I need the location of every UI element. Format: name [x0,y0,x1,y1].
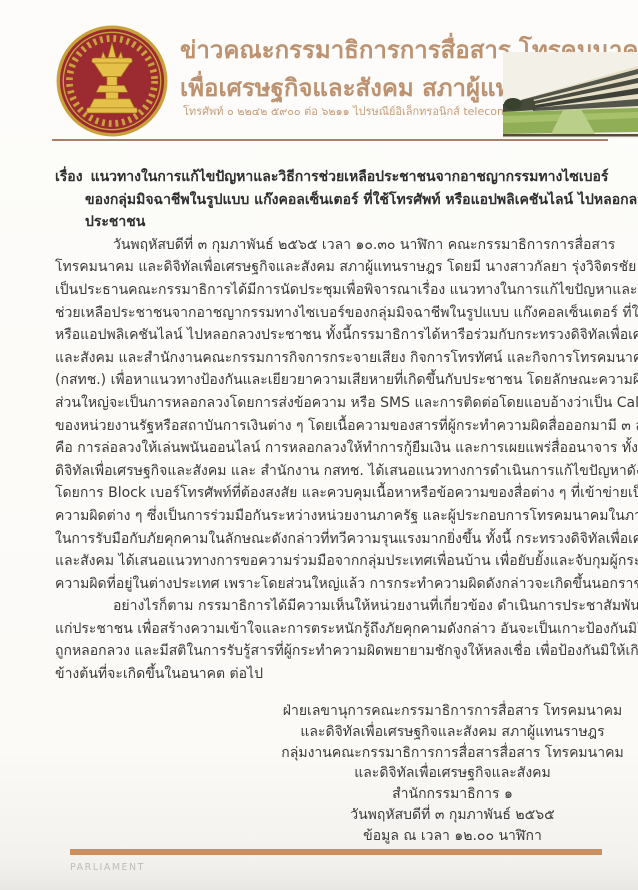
subject-line: ของกลุ่มมิจฉาชีพในรูปแบบ แก๊งคอลเซ็นเตอร… [55,189,600,212]
text-line: และดิจิทัลเพื่อเศรษฐกิจและสังคม สภาผู้แท… [265,722,638,743]
subject-line: เรื่องแนวทางในการแก้ไขปัญหาและวิธีการช่ว… [55,166,600,189]
body-paragraph-1: วันพฤหัสบดีที่ ๓ กุมภาพันธ์ ๒๕๖๕ เวลา ๑๐… [55,234,600,596]
text-line: อย่างไรก็ตาม กรรมาธิการได้มีความเห็นให้ห… [55,595,600,618]
body-paragraph-2: อย่างไรก็ตาม กรรมาธิการได้มีความเห็นให้ห… [55,595,600,685]
document-body: เรื่องแนวทางในการแก้ไขปัญหาและวิธีการช่ว… [55,166,600,686]
text-line: ถูกหลอกลวง และมีสติในการรับรู้สารที่ผู้ก… [55,640,600,663]
text-line: เป็นประธานคณะกรรมาธิการได้มีการนัดประชุม… [55,279,600,302]
text-line: ข้างต้นที่จะเกิดขึ้นในอนาคต ต่อไป [55,663,600,686]
subject-text: แนวทางในการแก้ไขปัญหาและวิธีการช่วยเหลือ… [91,169,609,185]
text-line: ข้อมูล ณ เวลา ๑๒.๐๐ นาฬิกา [265,826,638,847]
text-line: ส่วนใหญ่จะเป็นการหลอกลวงโดยการส่งข้อความ… [55,392,600,415]
parliament-emblem-icon [56,24,168,138]
signoff-block: ฝ่ายเลขานุการคณะกรรมาธิการการสื่อสาร โทร… [265,701,638,847]
text-line: ดิจิทัลเพื่อเศรษฐกิจและสังคม และ สำนักงา… [55,460,600,483]
text-line: วันพฤหัสบดีที่ ๓ กุมภาพันธ์ ๒๕๖๕ เวลา ๑๐… [55,234,600,257]
parliament-building-photo [503,52,638,138]
text-line: (กสทช.) เพื่อหาแนวทางป้องกันและเยียวยาคว… [55,369,600,392]
text-line: ช่วยเหลือประชาชนจากอาชญากรรมทางไซเบอร์ขอ… [55,302,600,325]
subject-label: เรื่อง [55,169,83,185]
header-divider [52,139,608,141]
text-line: ในการรับมือกับภัยคุกคามในลักษณะดังกล่าวท… [55,528,600,551]
text-line: และดิจิทัลเพื่อเศรษฐกิจและสังคม [265,763,638,784]
subject-block: เรื่องแนวทางในการแก้ไขปัญหาและวิธีการช่ว… [55,166,600,234]
text-line: ความผิดที่อยู่ในต่างประเทศ เพราะโดยส่วนใ… [55,573,600,596]
text-line: แก่ประชาชน เพื่อสร้างความเข้าใจและการตระ… [55,618,600,641]
text-line: สำนักกรรมาธิการ ๑ [265,784,638,805]
text-line: ของหน่วยงานรัฐหรือสถาบันการเงินต่าง ๆ โด… [55,415,600,438]
text-line: หรือแอปพลิเคชันไลน์ ไปหลอกลวงประชาชน ทั้… [55,324,600,347]
text-line: วันพฤหัสบดีที่ ๓ กุมภาพันธ์ ๒๕๖๕ [265,805,638,826]
subject-line: ประชาชน [55,211,600,234]
footer-accent-bar [70,849,602,855]
text-line: โดยการ Block เบอร์โทรศัพท์ที่ต้องสงสัย แ… [55,482,600,505]
parliament-watermark: PARLIAMENT [70,862,145,873]
press-release-page: ข่าวคณะกรรมาธิการการสื่อสาร โทรคมนาคม แล… [0,0,638,890]
text-line: กลุ่มงานคณะกรรมาธิการการสื่อสารสื่อสาร โ… [265,743,638,764]
text-line: ฝ่ายเลขานุการคณะกรรมาธิการการสื่อสาร โทร… [265,701,638,722]
text-line: คือ การล่อลวงให้เล่นพนันออนไลน์ การหลอกล… [55,437,600,460]
text-line: โทรคมนาคม และดิจิทัลเพื่อเศรษฐกิจและสังค… [55,256,600,279]
text-line: และสังคม ได้เสนอแนวทางการขอความร่วมมือจา… [55,550,600,573]
text-line: และสังคม และสำนักงานคณะกรรมการกิจการกระจ… [55,347,600,370]
text-line: ความผิดต่าง ๆ ซึ่งเป็นการร่วมมือกันระหว่… [55,505,600,528]
